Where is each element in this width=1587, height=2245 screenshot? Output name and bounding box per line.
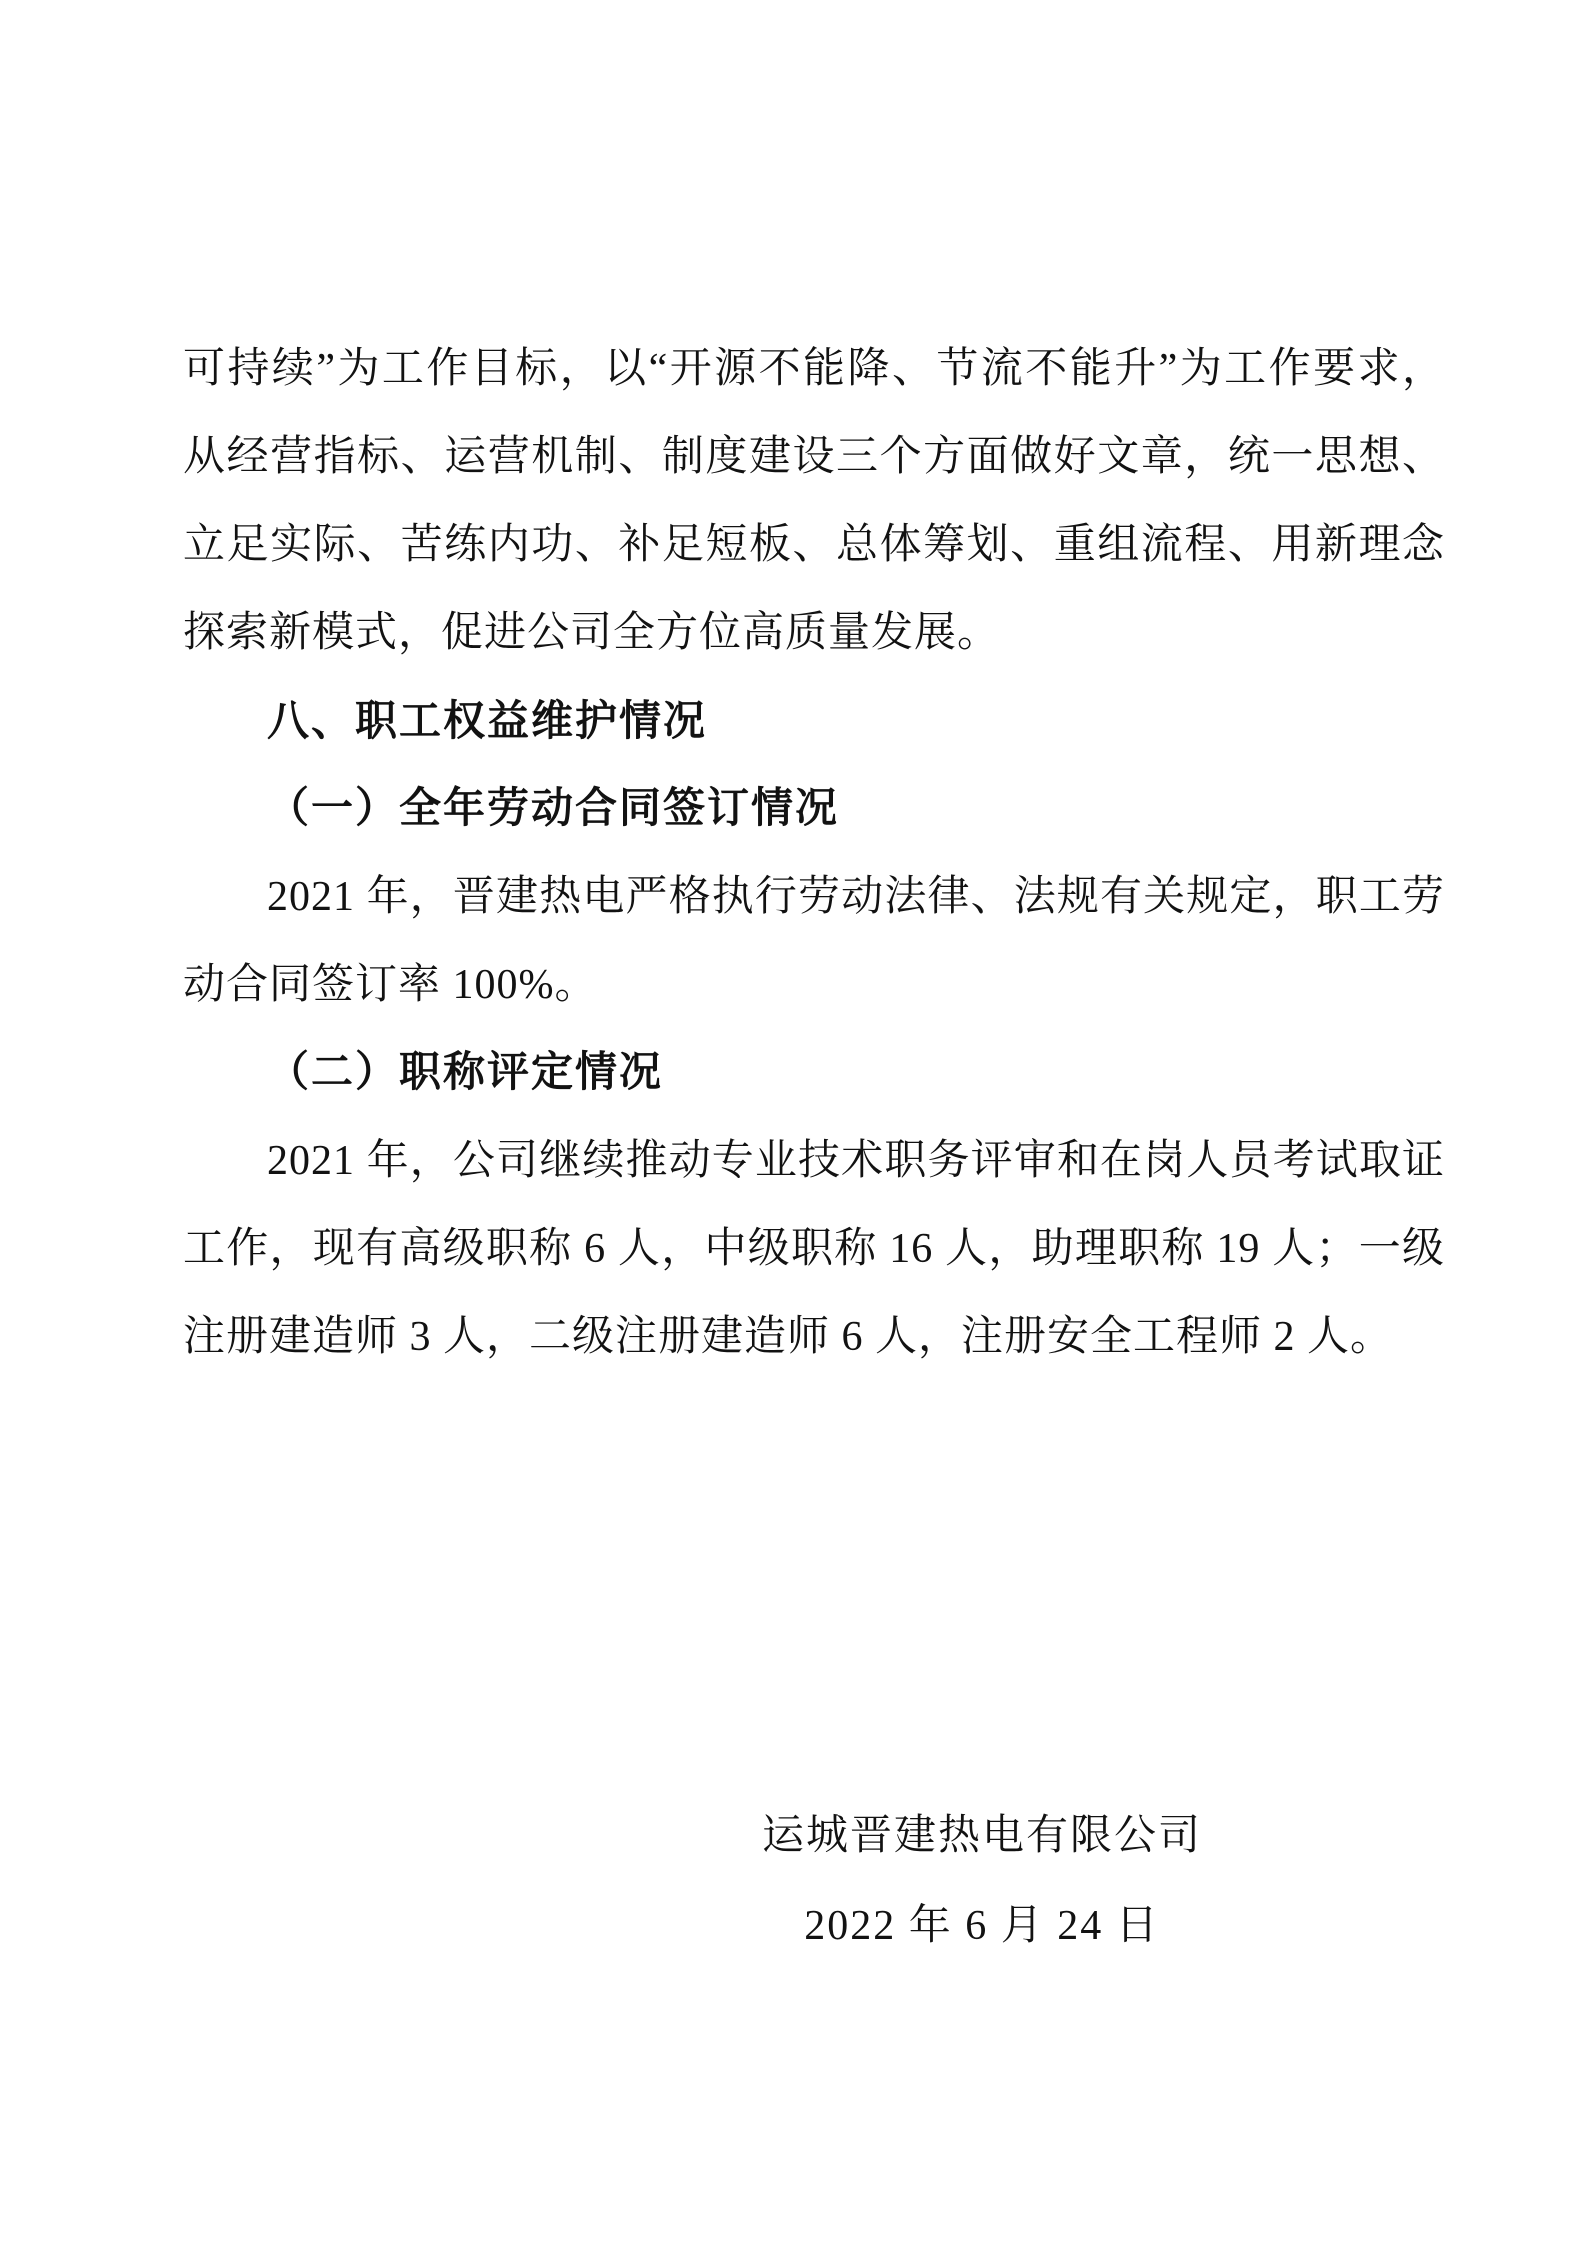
subsection-1-body: 2021 年，晋建热电严格执行劳动法律、法规有关规定，职工劳动合同签订率 100… (183, 853, 1445, 1029)
paragraph-continuation: 可持续”为工作目标，以“开源不能降、节流不能升”为工作要求，从经营指标、运营机制… (183, 325, 1445, 677)
document-page: 可持续”为工作目标，以“开源不能降、节流不能升”为工作要求，从经营指标、运营机制… (0, 0, 1587, 2245)
subsection-2-body: 2021 年，公司继续推动专业技术职务评审和在岗人员考试取证工作，现有高级职称 … (183, 1117, 1445, 1381)
signature-block: 运城晋建热电有限公司 2022 年 6 月 24 日 (762, 1791, 1202, 1971)
signature-date: 2022 年 6 月 24 日 (762, 1881, 1202, 1971)
signature-company: 运城晋建热电有限公司 (762, 1791, 1202, 1881)
subsection-2-heading: （二）职称评定情况 (183, 1029, 1445, 1117)
subsection-1-heading: （一）全年劳动合同签订情况 (183, 765, 1445, 853)
section-heading: 八、职工权益维护情况 (183, 677, 1445, 765)
